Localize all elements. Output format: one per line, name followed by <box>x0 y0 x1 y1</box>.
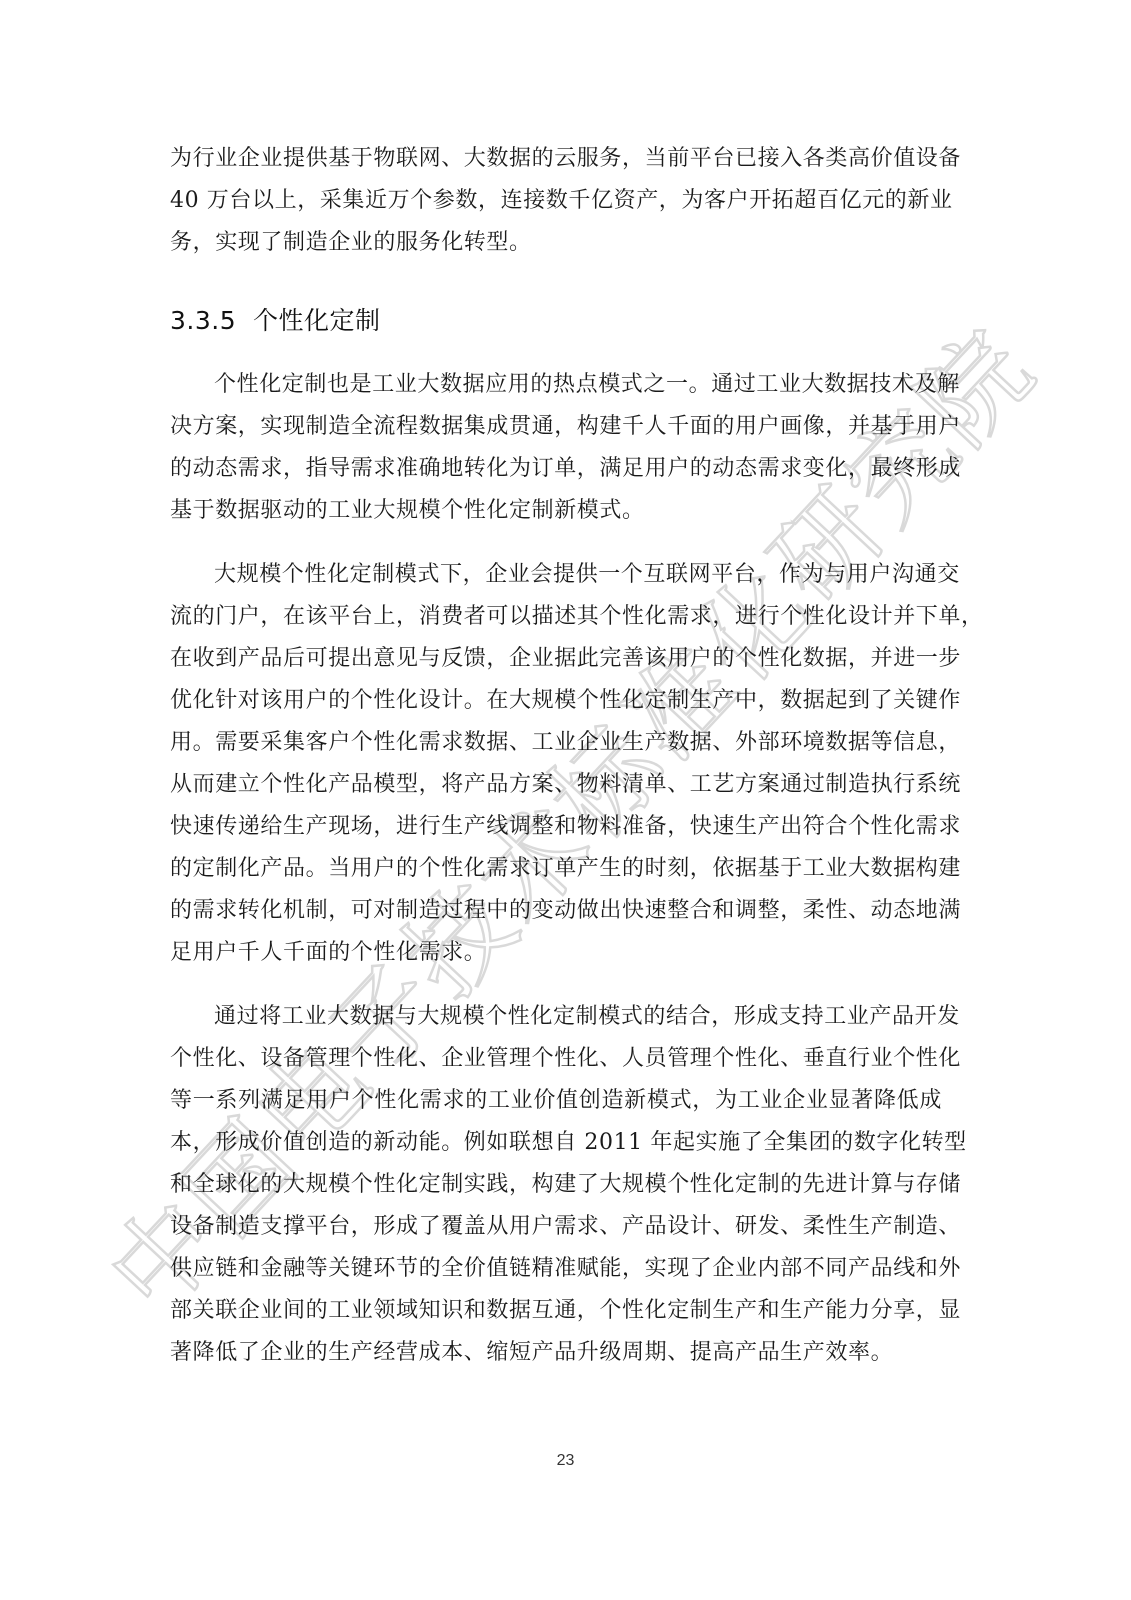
page-number: 23 <box>0 1452 1131 1470</box>
body-line: 40 万台以上，采集近万个参数，连接数千亿资产，为客户开拓超百亿元的新业 <box>170 186 942 216</box>
body-line: 个性化定制也是工业大数据应用的热点模式之一。通过工业大数据技术及解 <box>170 370 942 400</box>
section-number: 3.3.5 <box>170 306 236 335</box>
body-line: 决方案，实现制造全流程数据集成贯通，构建千人千面的用户画像，并基于用户 <box>170 412 942 442</box>
body-line: 流的门户，在该平台上，消费者可以描述其个性化需求，进行个性化设计并下单， <box>170 602 942 632</box>
body-line: 等一系列满足用户个性化需求的工业价值创造新模式，为工业企业显著降低成 <box>170 1086 942 1116</box>
body-line: 从而建立个性化产品模型，将产品方案、物料清单、工艺方案通过制造执行系统 <box>170 770 942 800</box>
body-line: 本，形成价值创造的新动能。例如联想自 2011 年起实施了全集团的数字化转型 <box>170 1128 942 1158</box>
body-line: 足用户千人千面的个性化需求。 <box>170 938 942 968</box>
body-line: 设备制造支撑平台，形成了覆盖从用户需求、产品设计、研发、柔性生产制造、 <box>170 1212 942 1242</box>
body-line: 部关联企业间的工业领域知识和数据互通，个性化定制生产和生产能力分享，显 <box>170 1296 942 1326</box>
body-line: 个性化、设备管理个性化、企业管理个性化、人员管理个性化、垂直行业个性化 <box>170 1044 942 1074</box>
page-content: 为行业企业提供基于物联网、大数据的云服务，当前平台已接入各类高价值设备 40 万… <box>0 0 1131 1600</box>
body-line: 基于数据驱动的工业大规模个性化定制新模式。 <box>170 496 942 526</box>
body-line: 快速传递给生产现场，进行生产线调整和物料准备，快速生产出符合个性化需求 <box>170 812 942 842</box>
body-line: 的定制化产品。当用户的个性化需求订单产生的时刻，依据基于工业大数据构建 <box>170 854 942 884</box>
body-line: 优化针对该用户的个性化设计。在大规模个性化定制生产中，数据起到了关键作 <box>170 686 942 716</box>
body-line: 著降低了企业的生产经营成本、缩短产品升级周期、提高产品生产效率。 <box>170 1338 942 1368</box>
body-line: 通过将工业大数据与大规模个性化定制模式的结合，形成支持工业产品开发 <box>170 1002 942 1032</box>
body-line: 和全球化的大规模个性化定制实践，构建了大规模个性化定制的先进计算与存储 <box>170 1170 942 1200</box>
body-line: 为行业企业提供基于物联网、大数据的云服务，当前平台已接入各类高价值设备 <box>170 144 942 174</box>
document-page: 中国电子技术标准化研究院 为行业企业提供基于物联网、大数据的云服务，当前平台已接… <box>0 0 1131 1600</box>
body-line: 供应链和金融等关键环节的全价值链精准赋能，实现了企业内部不同产品线和外 <box>170 1254 942 1284</box>
body-line: 大规模个性化定制模式下，企业会提供一个互联网平台，作为与用户沟通交 <box>170 560 942 590</box>
section-title: 个性化定制 <box>253 306 381 335</box>
body-line: 的需求转化机制，可对制造过程中的变动做出快速整合和调整，柔性、动态地满 <box>170 896 942 926</box>
body-line: 的动态需求，指导需求准确地转化为订单，满足用户的动态需求变化，最终形成 <box>170 454 942 484</box>
body-line: 在收到产品后可提出意见与反馈，企业据此完善该用户的个性化数据，并进一步 <box>170 644 942 674</box>
section-heading: 3.3.5 个性化定制 <box>170 305 381 337</box>
body-line: 用。需要采集客户个性化需求数据、工业企业生产数据、外部环境数据等信息， <box>170 728 942 758</box>
body-line: 务，实现了制造企业的服务化转型。 <box>170 228 942 258</box>
